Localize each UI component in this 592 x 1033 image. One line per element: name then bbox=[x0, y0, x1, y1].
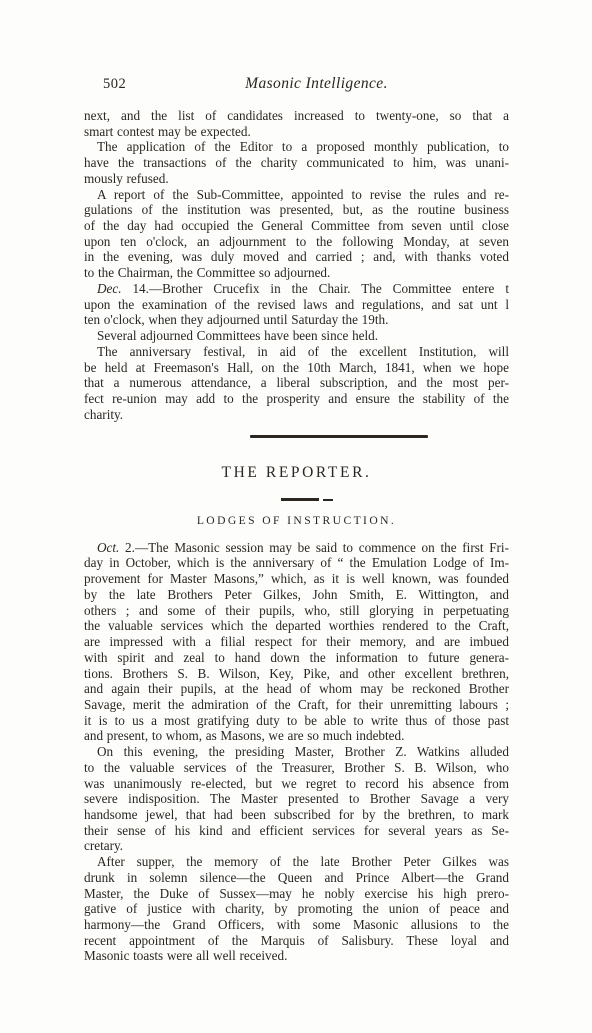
text-line: fect re-union may add to the prosperity … bbox=[84, 391, 509, 407]
paragraph: next, and the list of candidates increas… bbox=[84, 108, 509, 139]
text-line: and present, to whom, as Masons, we are … bbox=[84, 728, 509, 744]
paragraph: Several adjourned Committees have been s… bbox=[84, 328, 509, 344]
text-line: day in October, which is the anniversary… bbox=[84, 555, 509, 571]
text-line: and again their pupils, at the head of w… bbox=[84, 681, 509, 697]
text-line: After supper, the memory of the late Bro… bbox=[84, 854, 509, 870]
paragraph: On this evening, the presiding Master, B… bbox=[84, 744, 509, 854]
paragraph: After supper, the memory of the late Bro… bbox=[84, 854, 509, 964]
paragraph: The anniversary festival, in aid of the … bbox=[84, 344, 509, 423]
reporter-heading: THE REPORTER. bbox=[84, 464, 509, 482]
text-line: have the transactions of the charity com… bbox=[84, 155, 509, 171]
text-line: charity. bbox=[84, 407, 509, 423]
text-line: in the evening, was duly moved and carri… bbox=[84, 249, 509, 265]
text-line: smart contest may be expected. bbox=[84, 124, 509, 140]
text-line: are impressed with a filial respect for … bbox=[84, 634, 509, 650]
text-line: ten o'clock, when they adjourned until S… bbox=[84, 312, 509, 328]
italic-date-lead: Oct. bbox=[97, 540, 119, 555]
text-line: gulations of the institution was present… bbox=[84, 202, 509, 218]
text-line: upon the examination of the revised laws… bbox=[84, 297, 509, 313]
text-line: to the Chairman, the Committee so adjour… bbox=[84, 265, 509, 281]
text-line: harmony—the Grand Officers, with some Ma… bbox=[84, 917, 509, 933]
text-line: it is to us a most gratifying duty to be… bbox=[84, 713, 509, 729]
text-line: The anniversary festival, in aid of the … bbox=[84, 344, 509, 360]
dash-bar-long bbox=[281, 498, 319, 501]
text-line: recent appointment of the Marquis of Sal… bbox=[84, 933, 509, 949]
text-line: severe indisposition. The Master present… bbox=[84, 791, 509, 807]
paragraph: Dec. 14.—Brother Crucefix in the Chair. … bbox=[84, 281, 509, 328]
lodges-subheading: LODGES OF INSTRUCTION. bbox=[84, 514, 509, 528]
text-line: cretary. bbox=[84, 838, 509, 854]
text-line: mously refused. bbox=[84, 171, 509, 187]
text-line: provement for Master Masons,” which, as … bbox=[84, 571, 509, 587]
italic-date-lead: Dec. bbox=[97, 281, 122, 296]
text-line: with spirit and zeal to hand down the in… bbox=[84, 650, 509, 666]
text-line: On this evening, the presiding Master, B… bbox=[84, 744, 509, 760]
dash-divider bbox=[94, 498, 519, 502]
paragraph: Oct. 2.—The Masonic session may be said … bbox=[84, 540, 509, 744]
scanned-book-page: 502 Masonic Intelligence. next, and the … bbox=[0, 0, 592, 1033]
page-header: 502 Masonic Intelligence. bbox=[84, 76, 509, 96]
dash-bar-short bbox=[323, 499, 333, 501]
text-line: that a numerous attendance, a liberal su… bbox=[84, 375, 509, 391]
text-line: tions. Brothers S. B. Wilson, Key, Pike,… bbox=[84, 666, 509, 682]
paragraph: The application of the Editor to a propo… bbox=[84, 139, 509, 186]
text-line: next, and the list of candidates increas… bbox=[84, 108, 509, 124]
text-line: The application of the Editor to a propo… bbox=[84, 139, 509, 155]
text-line: Several adjourned Committees have been s… bbox=[84, 328, 509, 344]
text-line: to the valuable services of the Treasure… bbox=[84, 760, 509, 776]
text-line: A report of the Sub-Committee, appointed… bbox=[84, 187, 509, 203]
text-line: by the late Brothers Peter Gilkes, John … bbox=[84, 587, 509, 603]
text-line: of the day had occupied the General Comm… bbox=[84, 218, 509, 234]
text-line: Dec. 14.—Brother Crucefix in the Chair. … bbox=[84, 281, 509, 297]
page-body: next, and the list of candidates increas… bbox=[84, 108, 509, 964]
text-line: drunk in solemn silence—the Queen and Pr… bbox=[84, 870, 509, 886]
text-column: 502 Masonic Intelligence. next, and the … bbox=[84, 76, 509, 964]
text-line: the valuable services which the departed… bbox=[84, 618, 509, 634]
text-line: Masonic toasts were all well received. bbox=[84, 948, 509, 964]
text-line: their sense of his kind and efficient se… bbox=[84, 823, 509, 839]
text-line: was unanimously re-elected, but we regre… bbox=[84, 776, 509, 792]
text-line: handsome jewel, that had been subscribed… bbox=[84, 807, 509, 823]
paragraph: A report of the Sub-Committee, appointed… bbox=[84, 187, 509, 281]
text-line: Oct. 2.—The Masonic session may be said … bbox=[84, 540, 509, 556]
text-line: gative of justice with charity, by promo… bbox=[84, 901, 509, 917]
section-divider bbox=[250, 435, 428, 437]
running-title: Masonic Intelligence. bbox=[104, 75, 529, 93]
text-line: upon ten o'clock, an adjournment to the … bbox=[84, 234, 509, 250]
text-line: others ; and some of their pupils, who, … bbox=[84, 603, 509, 619]
text-line: be held at Freemason's Hall, on the 10th… bbox=[84, 360, 509, 376]
text-line: Master, the Duke of Sussex—may he nobly … bbox=[84, 886, 509, 902]
text-line: Savage, merit the admiration of the Craf… bbox=[84, 697, 509, 713]
